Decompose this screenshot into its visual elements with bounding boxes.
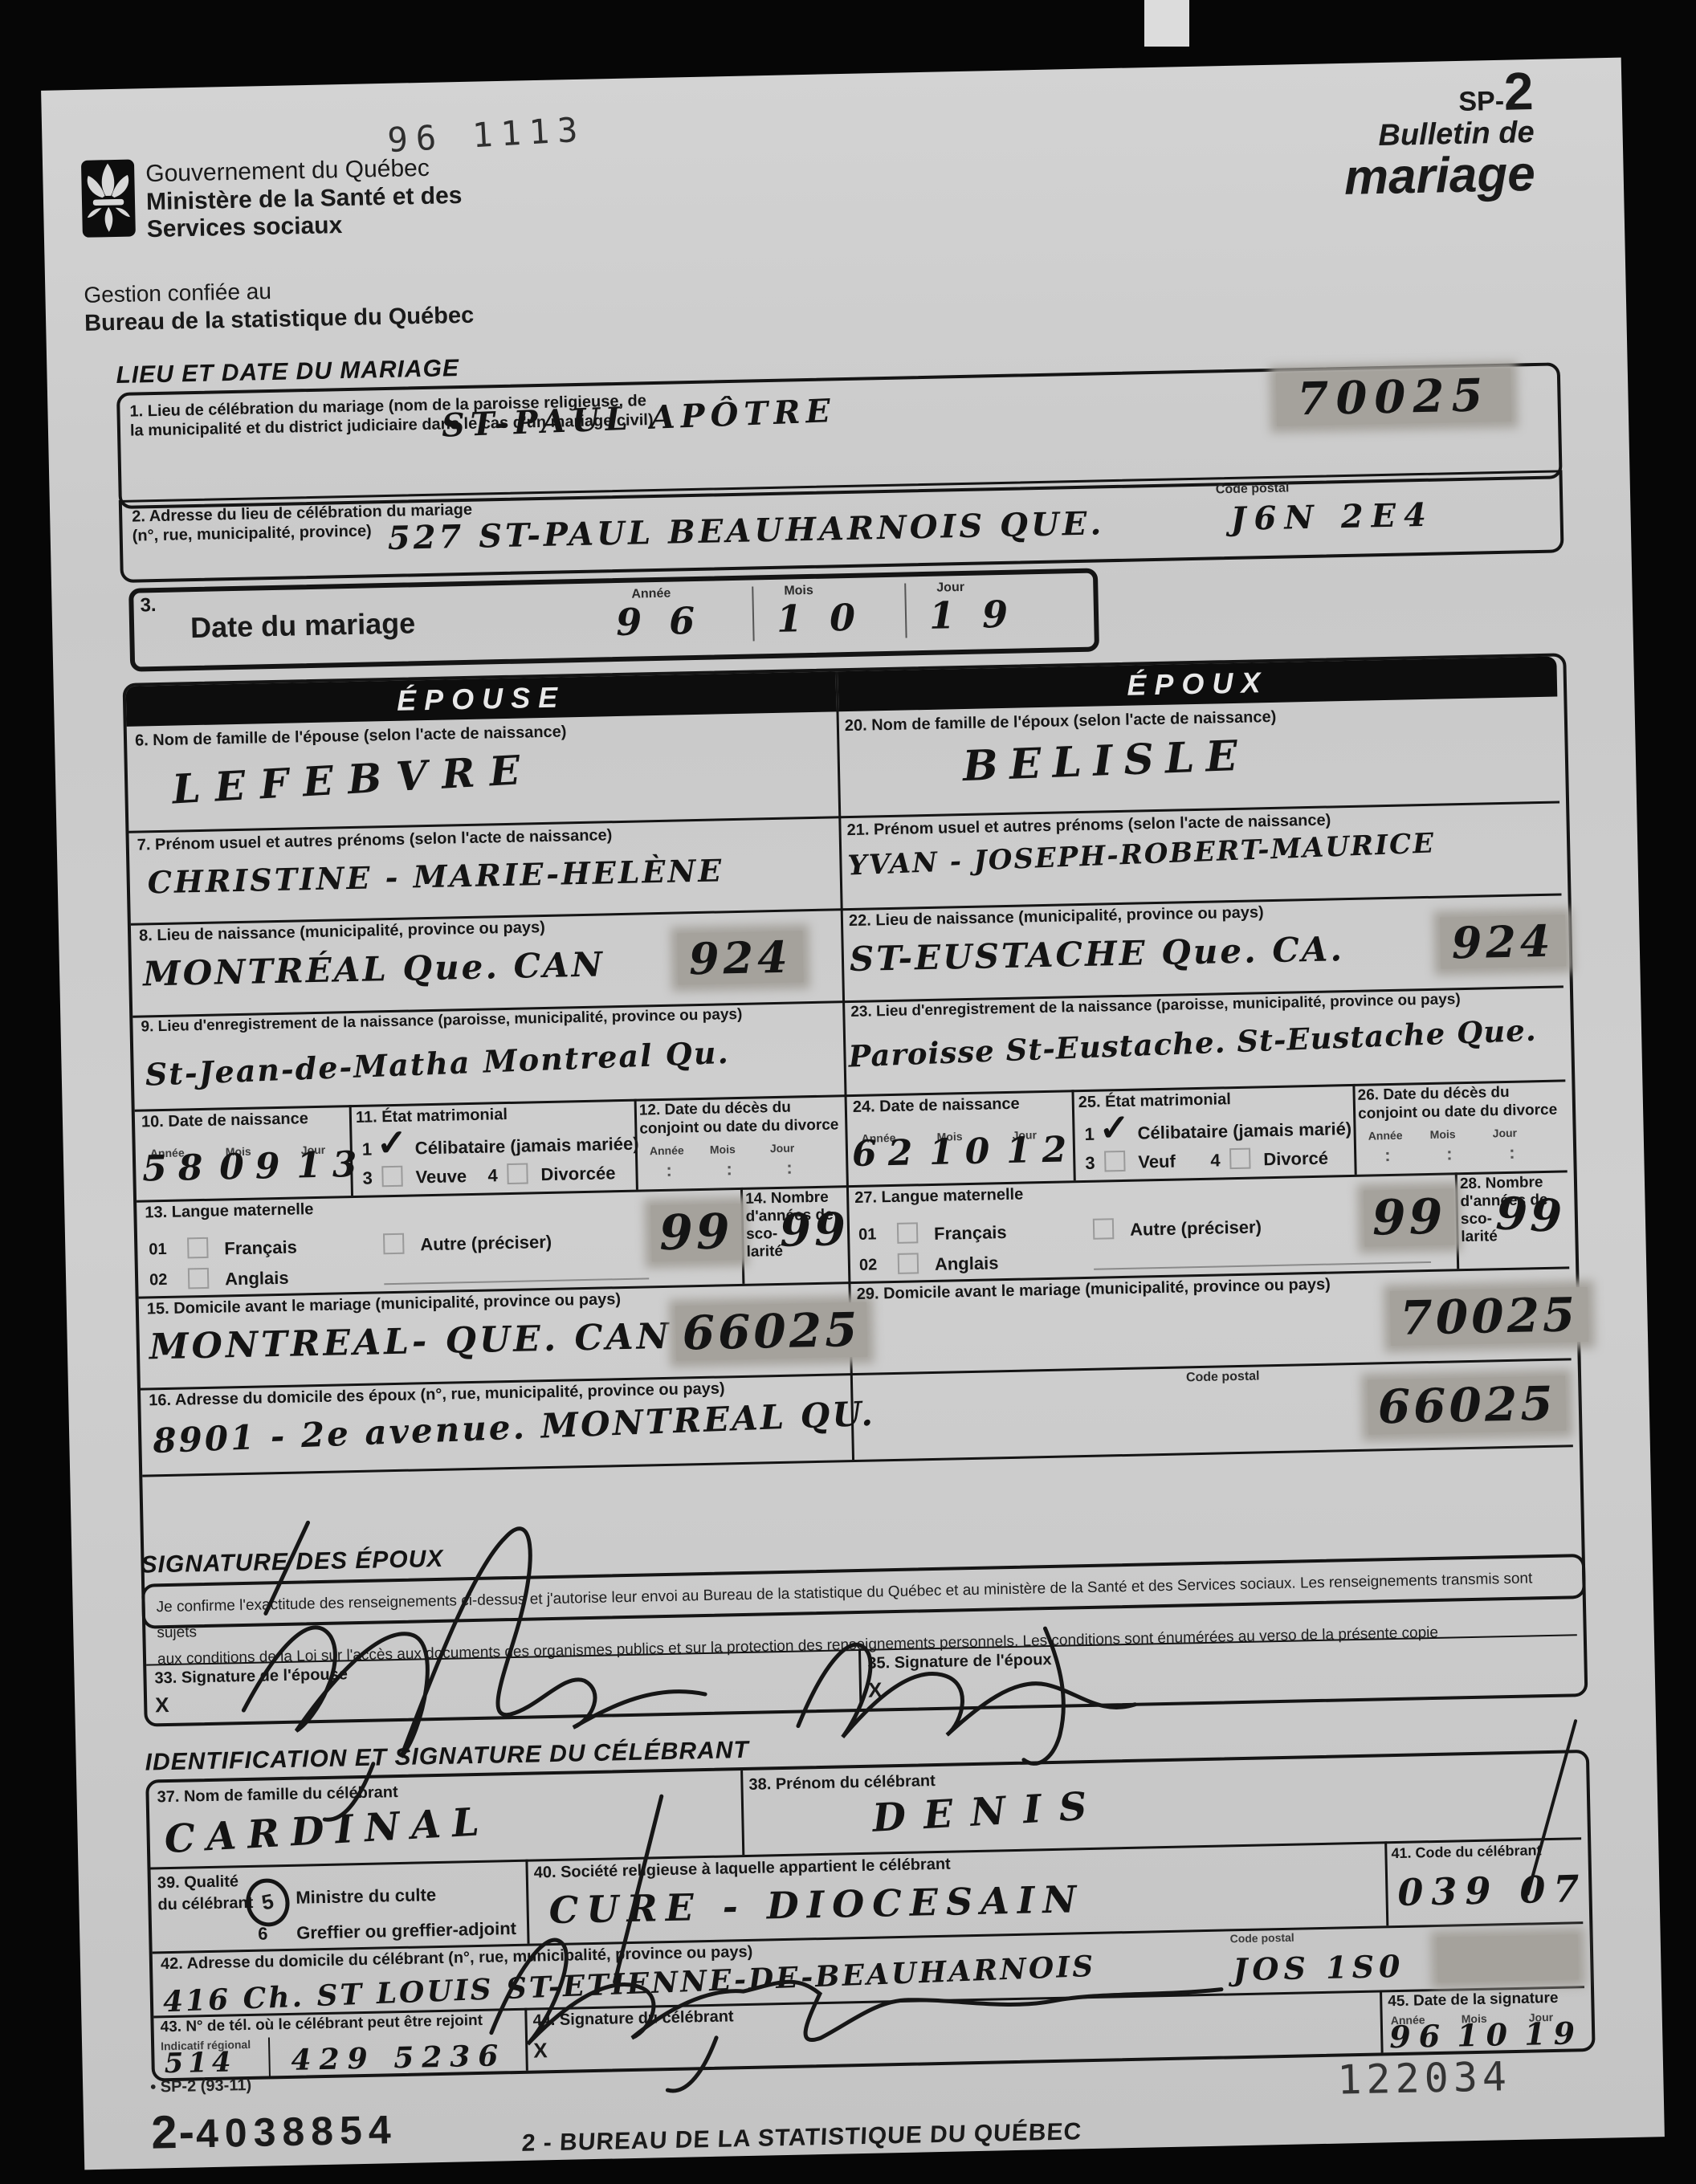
fleur-de-lis-icon	[81, 159, 136, 237]
serial-prefix: 2-	[151, 2105, 197, 2158]
date-mariage-box: 3. Date du mariage Année Mois Jour 96 10…	[128, 568, 1099, 671]
field11-opt3-num: 3	[362, 1168, 373, 1190]
divider	[740, 1188, 745, 1284]
lang2-num: 02	[859, 1255, 878, 1274]
field22-value: ST-EUSTACHE Que. CA.	[849, 929, 1344, 979]
lang2-label: Anglais	[225, 1268, 289, 1290]
lang-other-label: Autre (préciser)	[420, 1232, 552, 1256]
field10-label: 10. Date de naissance	[141, 1109, 308, 1131]
divider	[131, 893, 1562, 925]
field42-postal-value: JOS 1S0	[1233, 1948, 1405, 1987]
field22-code: 924	[1440, 915, 1566, 968]
field25-opt3-num: 3	[1085, 1153, 1095, 1175]
field1-code: 70025	[1276, 369, 1511, 426]
field26-blank: :	[1384, 1145, 1391, 1166]
field29-label: 29. Domicile avant le mariage (municipal…	[856, 1275, 1331, 1304]
field11-opt3-label: Veuve	[415, 1166, 467, 1188]
divider	[128, 801, 1559, 833]
field2-postal-label: Code postal	[1216, 481, 1290, 497]
field14-value: 99	[779, 1203, 849, 1257]
serial-digits: 4038854	[195, 2107, 397, 2156]
field37-label: 37. Nom de famille du célébrant	[157, 1783, 398, 1807]
groom-column-header: ÉPOUX	[838, 657, 1557, 712]
bride-column-header: ÉPOUSE	[126, 671, 837, 727]
field20-label: 20. Nom de famille de l'époux (selon l'a…	[845, 707, 1277, 735]
field24-label: 24. Date de naissance	[853, 1094, 1020, 1117]
field16-code: 66025	[1368, 1375, 1566, 1434]
col-mois: Mois	[1430, 1127, 1456, 1141]
col-jour: Jour	[1493, 1127, 1518, 1140]
field6-label: 6. Nom de famille de l'épouse (selon l'a…	[135, 722, 567, 750]
form-version-code: • SP-2 (93-11)	[150, 2076, 251, 2097]
field15-value: MONTREAL- QUE. CAN	[149, 1316, 672, 1368]
francais-checkbox	[187, 1237, 209, 1259]
bureau-footer-text: 2 - BUREAU DE LA STATISTIQUE DU QUÉBEC	[521, 2118, 1082, 2158]
field25-opt3-label: Veuf	[1138, 1151, 1176, 1173]
field25-opt1-label: Célibataire (jamais marié)	[1137, 1118, 1351, 1144]
field45-day: 19	[1524, 2015, 1584, 2052]
field11-opt1-label: Célibataire (jamais mariée)	[415, 1134, 639, 1159]
divider	[1380, 1990, 1384, 2052]
divider	[268, 2037, 271, 2076]
field15-label: 15. Domicile avant le mariage (municipal…	[147, 1290, 622, 1318]
stray-pen-stroke	[1513, 1714, 1589, 1901]
lang1-label: Français	[934, 1222, 1007, 1245]
autre-checkbox	[1093, 1218, 1115, 1240]
field12-label: 12. Date du décès du conjoint ou date du…	[639, 1098, 839, 1139]
field3-number: 3.	[140, 594, 157, 617]
field37-value: CARDINAL	[163, 1799, 491, 1863]
field2-value: 527 ST-PAUL BEAUHARNOIS QUE.	[387, 504, 1104, 557]
form-code-sp: SP-	[1458, 86, 1504, 117]
autre-checkbox	[383, 1233, 405, 1255]
lang2-num: 02	[149, 1270, 168, 1290]
field3-day: 19	[928, 592, 1035, 638]
field45-year: 96	[1389, 2018, 1449, 2056]
divorce-checkbox	[1229, 1148, 1251, 1170]
divider	[384, 1277, 649, 1285]
field12-blank: :	[726, 1159, 732, 1180]
divider	[904, 583, 907, 638]
field3-label: Date du mariage	[190, 606, 416, 645]
field39-opt5-label: Ministre du culte	[296, 1885, 436, 1909]
field39-opt6-num: 6	[258, 1923, 268, 1945]
field25-opt4-label: Divorcé	[1263, 1148, 1328, 1171]
anglais-checkbox	[898, 1253, 919, 1274]
field9-value: St-Jean-de-Matha Montreal Qu.	[145, 1034, 730, 1093]
field11-opt4-label: Divorcée	[540, 1163, 615, 1185]
lang1-num: 01	[858, 1224, 877, 1244]
field25-opt4-num: 4	[1210, 1150, 1221, 1171]
field13-label: 13. Langue maternelle	[145, 1200, 314, 1222]
quebec-logo	[81, 159, 136, 237]
field11-opt1-num: 1	[362, 1139, 373, 1161]
divider	[1384, 1841, 1388, 1925]
divider	[1455, 1172, 1460, 1269]
field45-month: 10	[1457, 2016, 1516, 2054]
field33-x-mark: X	[155, 1693, 169, 1717]
field12-blank: :	[666, 1160, 672, 1181]
bulletin-line2: mariage	[1343, 149, 1535, 203]
col-annee: Année	[650, 1143, 684, 1157]
field7-value: CHRISTINE - MARIE-HELÈNE	[147, 852, 724, 900]
field24-day: 12	[1005, 1129, 1078, 1171]
scan-top-sliver	[1144, 0, 1189, 47]
col-annee: Année	[1368, 1129, 1403, 1143]
divider	[1094, 1261, 1431, 1270]
field3-month: 10	[777, 595, 883, 641]
field29-code: 70025	[1390, 1287, 1588, 1346]
field3-year: 96	[616, 598, 723, 644]
veuf-checkbox	[1104, 1151, 1126, 1172]
lang2-label: Anglais	[935, 1253, 999, 1275]
divider	[1352, 1084, 1356, 1175]
field15-code: 66025	[675, 1302, 867, 1361]
lang1-label: Français	[224, 1237, 297, 1260]
lang1-num: 01	[149, 1240, 167, 1259]
field8-code: 924	[677, 931, 803, 984]
field27-value: 99	[1364, 1188, 1454, 1246]
celebrant-signature	[455, 1776, 1248, 2097]
anglais-checkbox	[188, 1268, 210, 1290]
scanned-form-paper: Gouvernement du Québec Ministère de la S…	[41, 58, 1665, 2170]
bottom-stamp-number: 122034	[1337, 2053, 1512, 2104]
field20-value: BELISLE	[962, 731, 1250, 791]
field26-blank: :	[1509, 1143, 1515, 1163]
field10-day: 13	[296, 1144, 369, 1187]
field10-year: 58	[142, 1147, 214, 1190]
field10-month: 09	[219, 1146, 291, 1188]
field2-postal-value: J6N 2E4	[1230, 496, 1434, 538]
divorcee-checkbox	[507, 1163, 528, 1184]
field27-label: 27. Langue maternelle	[854, 1185, 1024, 1208]
spouses-table: ÉPOUSE ÉPOUX 6. Nom de famille de l'épou…	[123, 653, 1586, 1628]
field12-blank: :	[786, 1158, 793, 1179]
form-code-number: 2	[1503, 61, 1534, 121]
field23-value: Paroisse St-Eustache. St-Eustache Que.	[848, 1013, 1538, 1074]
field11-opt4-num: 4	[487, 1165, 498, 1187]
field24-year: 62	[852, 1132, 924, 1175]
registration-stamp: 96 1113	[386, 109, 586, 160]
field25-opt1-num: 1	[1084, 1124, 1095, 1146]
divider	[752, 586, 754, 641]
francais-checkbox	[897, 1222, 919, 1244]
field11-checkmark: ✓	[376, 1121, 408, 1165]
field24-month: 10	[929, 1131, 1001, 1173]
field26-label: 26. Date du décès du conjoint ou date du…	[1357, 1083, 1557, 1124]
field45-label: 45. Date de la signature	[1388, 1990, 1559, 2011]
field6-value: LEFEBVRE	[171, 745, 536, 813]
section-title-lieu-date: LIEU ET DATE DU MARIAGE	[116, 355, 459, 389]
divider	[139, 1266, 1570, 1298]
ministry-line2: Services sociaux	[146, 210, 463, 244]
col-mois: Mois	[710, 1143, 736, 1156]
highlight-mark	[1437, 1934, 1579, 1982]
field13-value: 99	[650, 1204, 741, 1261]
field25-checkmark: ✓	[1099, 1106, 1131, 1150]
lang-other-label: Autre (préciser)	[1130, 1216, 1262, 1241]
field43-area-value: 514	[164, 2046, 236, 2080]
field28-value: 99	[1494, 1187, 1566, 1243]
groom-signature	[779, 1582, 1168, 1783]
field16-postal-label: Code postal	[1186, 1369, 1260, 1385]
field8-value: MONTRÉAL Que. CAN	[143, 944, 605, 993]
field26-blank: :	[1446, 1143, 1453, 1164]
field39-label: 39. Qualité du célébrant	[157, 1871, 254, 1916]
col-jour: Jour	[770, 1142, 795, 1155]
veuve-checkbox	[381, 1166, 403, 1188]
